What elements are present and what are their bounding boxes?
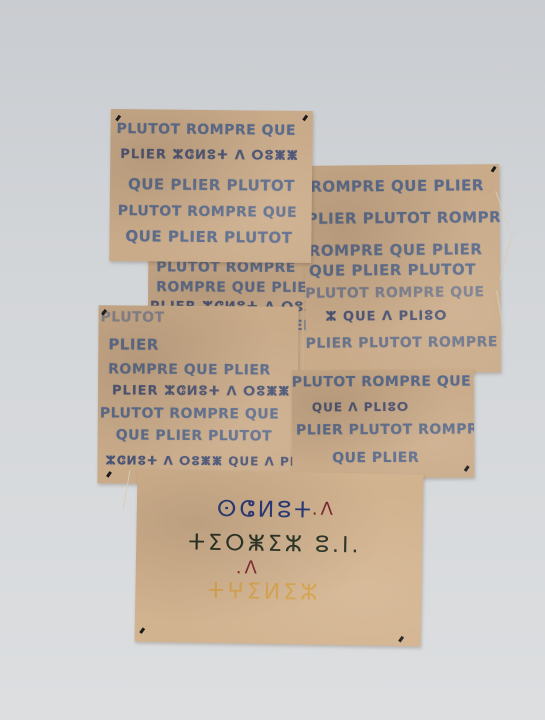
stamp-row: QUE PLIER PLUTOT (116, 427, 272, 444)
stamp-row: PLUTOT (100, 309, 164, 325)
pin (106, 471, 112, 478)
stamp-row: PLIER PLUTOT ROMPRE (306, 208, 500, 228)
stamp-row: PLIER PLUTOT ROMPRE (296, 421, 474, 438)
stamp-row: PLUTOT ROMPRE QUE (305, 284, 484, 302)
stamp-row-tifinagh: QUE ⴷ PLIⵓⵔ (312, 400, 409, 415)
pin (491, 166, 497, 173)
stamp-row: PLUTOT ROMPRE QUE (100, 405, 279, 422)
stamp-row: PLUTOT ROMPRE QUE (292, 374, 471, 391)
fabric-panel-top-left: PLUTOT ROMPRE QUE PLIER ⵣⵛⵍⵓⵜ ⴷ ⵔⵓⵥⵥ QUE… (109, 109, 313, 263)
stamp-row: PLIER PLUTOT ROMPRE QUE (306, 334, 501, 352)
pin (302, 115, 308, 122)
stamp-row: QUE PLIER PLUTOT (125, 227, 292, 247)
embroidered-mark-1: .ⴷ (312, 499, 336, 520)
stamp-row: ROMPRE QUE PLIER (310, 176, 484, 196)
stamp-row: QUE PLIER PLUTOT (309, 260, 476, 279)
fabric-panel-bottom-embroidered: ⵙⵛⵍⵓⵜ .ⴷ ⵜⵉⵔⵥⵉⵣ ⵓ.ⵏ. .ⴷ ⵜⵖⵉⵍⵉⵣ (135, 470, 424, 647)
stamp-row: ROMPRE QUE PLIER (156, 279, 319, 296)
pin (464, 465, 470, 472)
pin (398, 636, 404, 643)
embroidered-line-4: ⵜⵖⵉⵍⵉⵣ (207, 579, 320, 606)
stamp-row: ROMPRE QUE PLIER (108, 361, 271, 378)
pin (139, 627, 145, 634)
fabric-panel-top-right: ROMPRE QUE PLIER PLIER PLUTOT ROMPRE ROM… (304, 164, 501, 374)
stamp-row-tifinagh: ⵣⵛⵍⵓⵜ ⴷ ⵔⵓⵥⵥ QUE ⴷ PLIⵓⵔ (105, 453, 298, 469)
embroidered-mark-2: .ⴷ (236, 557, 260, 578)
embroidered-line-1: ⵙⵛⵍⵓⵜ (217, 497, 315, 524)
stamp-row: QUE PLIER PLUTOT (128, 175, 295, 195)
stamp-row: PLUTOT ROMPRE QUE (118, 203, 298, 221)
fabric-panel-left-lower: PLUTOT PLIER ROMPRE QUE PLIER PLIER ⵣⵛⵍⵓ… (97, 305, 298, 484)
stamp-row: PLIER (108, 335, 159, 353)
stamp-row: QUE PLIER (332, 450, 419, 466)
fabric-panel-right-lower: PLUTOT ROMPRE QUE QUE ⴷ PLIⵓⵔ PLIER PLUT… (292, 370, 475, 479)
stamp-row-tifinagh: PLIER ⵣⵛⵍⵓⵜ ⴷ ⵔⵓⵥⵥ (112, 383, 290, 399)
embroidered-line-2: ⵜⵉⵔⵥⵉⵣ ⵓ.ⵏ. (188, 530, 362, 558)
stamp-row-tifinagh: PLIER ⵣⵛⵍⵓⵜ ⴷ ⵔⵓⵥⵥ (120, 147, 299, 164)
stamp-row-tifinagh: ⵣ QUE ⴷ PLIⵓⵔ (325, 309, 447, 325)
stamp-row: ROMPRE QUE PLIER (309, 240, 483, 260)
stamp-row: PLUTOT ROMPRE QUE (117, 121, 297, 139)
